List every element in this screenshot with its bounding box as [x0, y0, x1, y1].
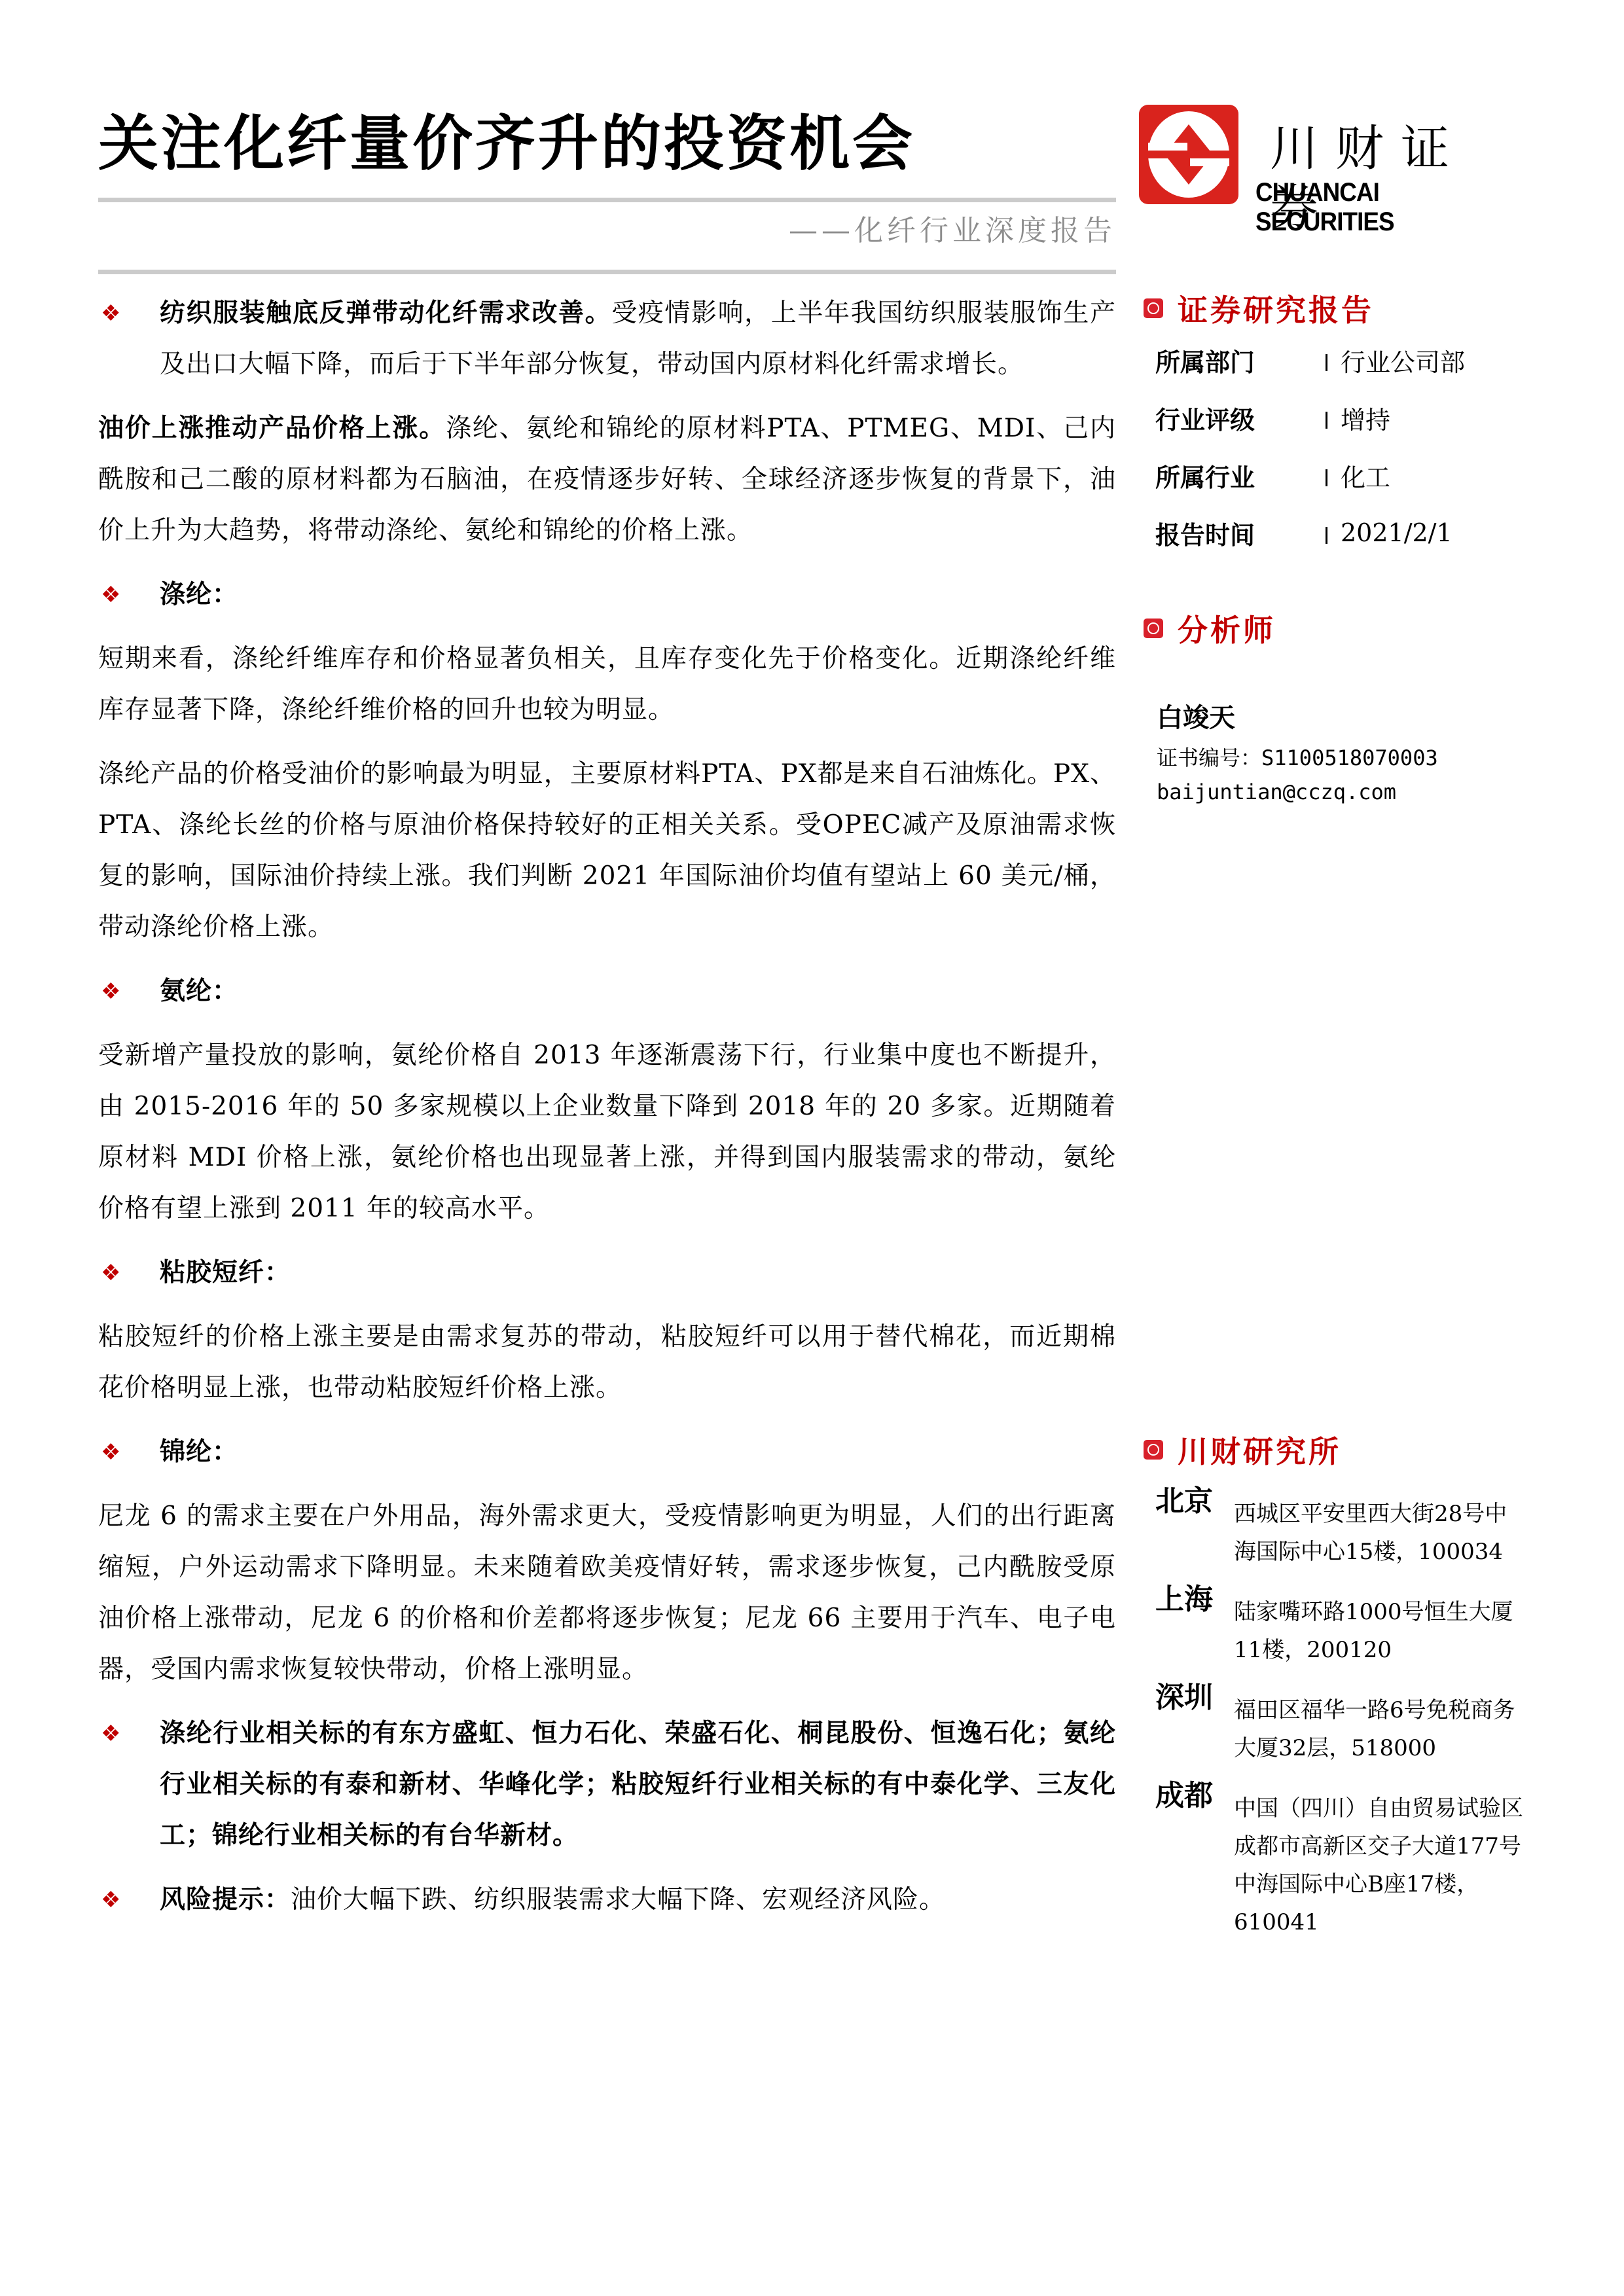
section-title-text: 川财研究所	[1178, 1428, 1341, 1471]
office-address: 福田区福华一路6号免税商务大厦32层，518000	[1234, 1678, 1528, 1767]
header-divider-top	[98, 198, 1116, 202]
bullet-paragraph-demand: ❖ 纺织服装触底反弹带动化纤需求改善。受疫情影响，上半年我国纺织服装服饰生产及出…	[98, 288, 1116, 390]
section-heading: 氨纶：	[160, 966, 238, 1017]
section-title-text: 分析师	[1178, 607, 1276, 650]
report-info-section: 证券研究报告 所属部门 行业公司部 行业评级 增持 所属行业 化工 报告时间 2…	[1136, 285, 1528, 562]
lead-bold: 风险提示：	[160, 1885, 291, 1914]
chuancai-logo-icon	[1144, 298, 1163, 318]
diamond-bullet-icon: ❖	[98, 1874, 160, 1926]
info-row-rating: 行业评级 增持	[1136, 389, 1528, 446]
lead-bold: 油价上涨推动产品价格上涨。	[98, 414, 446, 443]
header-divider-bottom	[98, 270, 1116, 274]
info-row-date: 报告时间 2021/2/1	[1136, 504, 1528, 562]
info-value: 2021/2/1	[1341, 518, 1453, 547]
institute-section: 川财研究所 北京 西城区平安里西大街28号中海国际中心15楼，100034 上海…	[1136, 1427, 1528, 1941]
heading-nylon: ❖ 锦纶：	[98, 1427, 1116, 1478]
paragraph-oil-price: 油价上涨推动产品价格上涨。涤纶、氨纶和锦纶的原材料PTA、PTMEG、MDI、己…	[98, 403, 1116, 556]
analyst-cert: 证书编号：S1100518070003	[1136, 741, 1528, 775]
section-heading: 粘胶短纤：	[160, 1247, 291, 1299]
section-title-text: 证券研究报告	[1178, 287, 1374, 330]
section-heading: 锦纶：	[160, 1427, 238, 1478]
diamond-bullet-icon: ❖	[98, 288, 160, 339]
diamond-bullet-icon: ❖	[98, 966, 160, 1017]
office-address: 西城区平安里西大街28号中海国际中心15楼，100034	[1234, 1482, 1528, 1571]
info-label: 报告时间	[1136, 515, 1326, 551]
info-label: 行业评级	[1136, 400, 1326, 436]
bullet-paragraph-risk: ❖ 风险提示：油价大幅下跌、纺织服装需求大幅下降、宏观经济风险。	[98, 1874, 1116, 1926]
heading-spandex: ❖ 氨纶：	[98, 966, 1116, 1017]
office-shenzhen: 深圳 福田区福华一路6号免税商务大厦32层，518000	[1136, 1678, 1528, 1767]
paragraph-nylon: 尼龙 6 的需求主要在户外用品，海外需求更大，受疫情影响更为明显，人们的出行距离…	[98, 1491, 1116, 1695]
office-address: 陆家嘴环路1000号恒生大厦11楼，200120	[1234, 1580, 1528, 1669]
diamond-bullet-icon: ❖	[98, 569, 160, 620]
heading-polyester: ❖ 涤纶：	[98, 569, 1116, 620]
info-row-department: 所属部门 行业公司部	[1136, 331, 1528, 389]
logo-name-en: CHUANCAI SECURITIES	[1255, 178, 1462, 237]
section-title: 分析师	[1136, 605, 1528, 651]
divider	[1326, 527, 1327, 544]
office-shanghai: 上海 陆家嘴环路1000号恒生大厦11楼，200120	[1136, 1580, 1528, 1669]
lead-bold: 纺织服装触底反弹带动化纤需求改善。	[160, 298, 611, 328]
diamond-bullet-icon: ❖	[98, 1247, 160, 1299]
divider	[1326, 469, 1327, 486]
heading-viscose: ❖ 粘胶短纤：	[98, 1247, 1116, 1299]
office-beijing: 北京 西城区平安里西大街28号中海国际中心15楼，100034	[1136, 1482, 1528, 1571]
info-row-industry: 所属行业 化工	[1136, 446, 1528, 504]
office-city: 上海	[1136, 1580, 1234, 1669]
office-city: 成都	[1136, 1776, 1234, 1941]
diamond-bullet-icon: ❖	[98, 1427, 160, 1478]
info-label: 所属行业	[1136, 457, 1326, 493]
paragraph-viscose: 粘胶短纤的价格上涨主要是由需求复苏的带动，粘胶短纤可以用于替代棉花，而近期棉花价…	[98, 1312, 1116, 1414]
chuancai-logo-icon	[1144, 619, 1163, 638]
report-title: 关注化纤量价齐升的投资机会	[98, 105, 915, 183]
report-subtitle: ——化纤行业深度报告	[789, 208, 1116, 254]
lead-bold: 涤纶行业相关标的有东方盛虹、恒力石化、荣盛石化、桐昆股份、恒逸石化；氨纶行业相关…	[160, 1719, 1116, 1850]
info-value: 增持	[1341, 400, 1390, 436]
section-heading: 涤纶：	[160, 569, 238, 620]
chuancai-logo-icon	[1144, 1440, 1163, 1460]
office-chengdu: 成都 中国（四川）自由贸易试验区成都市高新区交子大道177号中海国际中心B座17…	[1136, 1776, 1528, 1941]
diamond-bullet-icon: ❖	[98, 1708, 160, 1759]
divider	[1326, 412, 1327, 429]
section-title: 川财研究所	[1136, 1427, 1528, 1473]
body-text: 油价大幅下跌、纺织服装需求大幅下降、宏观经济风险。	[291, 1885, 945, 1914]
section-title: 证券研究报告	[1136, 285, 1528, 331]
paragraph-polyester-2: 涤纶产品的价格受油价的影响最为明显，主要原材料PTA、PX都是来自石油炼化。PX…	[98, 749, 1116, 953]
office-city: 深圳	[1136, 1678, 1234, 1767]
bullet-paragraph-stocks: ❖ 涤纶行业相关标的有东方盛虹、恒力石化、荣盛石化、桐昆股份、恒逸石化；氨纶行业…	[98, 1708, 1116, 1861]
office-address: 中国（四川）自由贸易试验区成都市高新区交子大道177号中海国际中心B座17楼，6…	[1234, 1776, 1528, 1941]
analyst-section: 分析师 白竣天 证书编号：S1100518070003 baijuntian@c…	[1136, 605, 1528, 809]
company-logo: 川财证券 CHUANCAI SECURITIES	[1139, 105, 1479, 216]
divider	[1326, 354, 1327, 371]
main-content: ❖ 纺织服装触底反弹带动化纤需求改善。受疫情影响，上半年我国纺织服装服饰生产及出…	[98, 288, 1116, 1939]
info-value: 化工	[1341, 457, 1390, 493]
info-value: 行业公司部	[1341, 342, 1465, 378]
analyst-name: 白竣天	[1136, 697, 1528, 734]
chuancai-logo-icon	[1139, 105, 1238, 204]
paragraph-polyester-1: 短期来看，涤纶纤维库存和价格显著负相关，且库存变化先于价格变化。近期涤纶纤维库存…	[98, 634, 1116, 736]
info-label: 所属部门	[1136, 342, 1326, 378]
analyst-email[interactable]: baijuntian@cczq.com	[1136, 775, 1528, 809]
paragraph-spandex: 受新增产量投放的影响，氨纶价格自 2013 年逐渐震荡下行，行业集中度也不断提升…	[98, 1030, 1116, 1234]
office-city: 北京	[1136, 1482, 1234, 1571]
